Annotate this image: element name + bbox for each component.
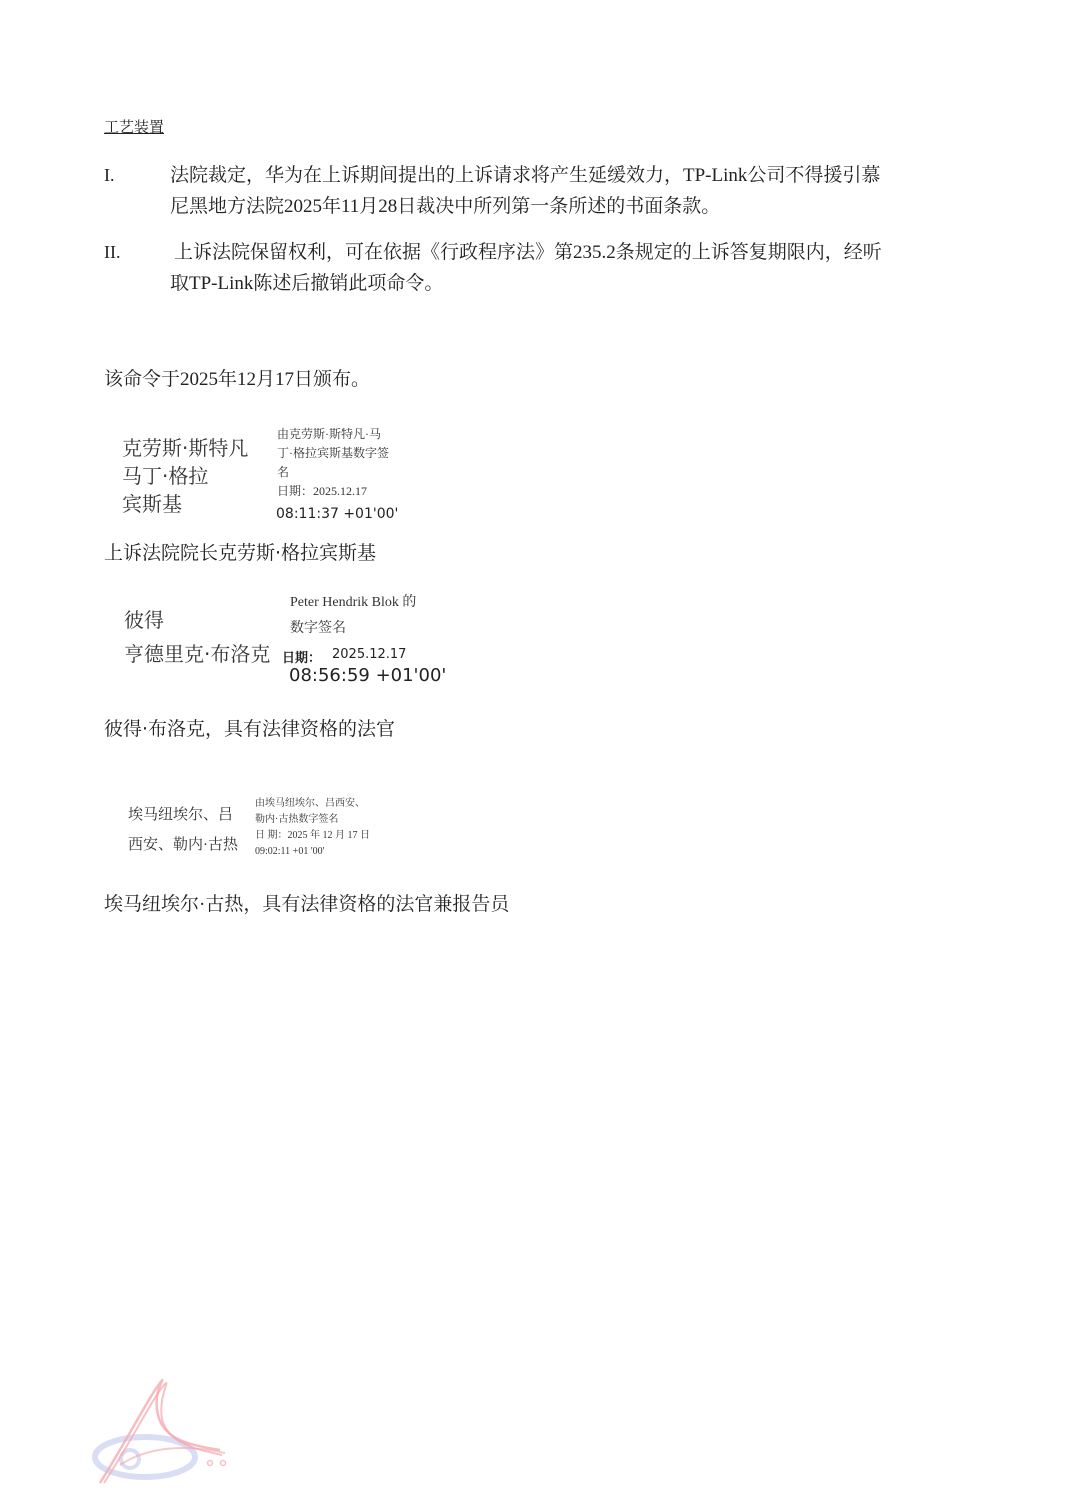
- sig3-time: 09:02:11 +01 '00': [255, 844, 370, 860]
- signature-2-caption: 彼得·布洛克，具有法律资格的法官: [104, 714, 395, 741]
- item-1-line-1: 法院裁定，华为在上诉期间提出的上诉请求将产生延缓效力，TP-Link公司不得援引…: [170, 160, 930, 191]
- adobe-acrobat-logo-icon: [90, 1375, 230, 1485]
- signature-2-name-line-1: 彼得: [124, 606, 164, 634]
- item-2-line-2: 取TP-Link陈述后撤销此项命令。: [170, 268, 930, 299]
- signature-1-time: 08:11:37 +01'00': [276, 506, 398, 522]
- signature-2-date-label: 日期：: [282, 647, 321, 666]
- item-number-2: II.: [104, 242, 121, 263]
- signature-2-date-value: 2025.12.17: [332, 647, 406, 662]
- sig1-name-line: 克劳斯·斯特凡: [122, 434, 248, 462]
- item-2-line-1: 上诉法院保留权利，可在依据《行政程序法》第235.2条规定的上诉答复期限内，经听: [170, 237, 930, 268]
- item-text-2: 上诉法院保留权利，可在依据《行政程序法》第235.2条规定的上诉答复期限内，经听…: [170, 237, 930, 299]
- signature-1-name: 克劳斯·斯特凡 马丁·格拉 宾斯基: [122, 434, 248, 518]
- sig2-meta-line: Peter Hendrik Blok 的: [290, 590, 416, 616]
- sig1-name-line: 马丁·格拉: [122, 462, 248, 490]
- signature-3-meta: 由埃马纽埃尔、吕西安、 勒内·古热数字签名 日 期：2025 年 12 月 17…: [255, 796, 370, 860]
- signature-3-caption: 埃马纽埃尔·古热，具有法律资格的法官兼报告员: [104, 889, 509, 916]
- sig2-meta-line: 数字签名: [290, 616, 416, 642]
- sig1-name-line: 宾斯基: [122, 490, 248, 518]
- sig3-meta-line: 勒内·古热数字签名: [255, 812, 370, 828]
- section-heading: 工艺装置: [104, 116, 164, 137]
- signature-1-meta: 由克劳斯·斯特凡·马 丁·格拉宾斯基数字签 名 日期：2025.12.17: [277, 425, 389, 501]
- sig3-meta-line: 由埃马纽埃尔、吕西安、: [255, 796, 370, 812]
- signature-1-caption: 上诉法院院长克劳斯·格拉宾斯基: [104, 538, 376, 565]
- item-1-line-2: 尼黑地方法院2025年11月28日裁决中所列第一条所述的书面条款。: [170, 191, 930, 222]
- sig3-date: 日 期：2025 年 12 月 17 日: [255, 828, 370, 844]
- issued-date-line: 该命令于2025年12月17日颁布。: [104, 364, 370, 391]
- sig1-meta-line: 名: [277, 463, 389, 482]
- signature-2-name-line-2: 亨德里克·布洛克: [124, 640, 270, 668]
- item-number-1: I.: [104, 165, 115, 186]
- sig1-date: 日期：2025.12.17: [277, 482, 389, 501]
- signature-2-time: 08:56:59 +01'00': [289, 665, 446, 686]
- sig3-name-line: 西安、勒内·古热: [128, 830, 238, 860]
- signature-3-name: 埃马纽埃尔、吕 西安、勒内·古热: [128, 800, 238, 860]
- item-text-1: 法院裁定，华为在上诉期间提出的上诉请求将产生延缓效力，TP-Link公司不得援引…: [170, 160, 930, 222]
- signature-2-meta: Peter Hendrik Blok 的 数字签名: [290, 590, 416, 642]
- sig1-meta-line: 丁·格拉宾斯基数字签: [277, 444, 389, 463]
- sig1-meta-line: 由克劳斯·斯特凡·马: [277, 425, 389, 444]
- sig3-name-line: 埃马纽埃尔、吕: [128, 800, 238, 830]
